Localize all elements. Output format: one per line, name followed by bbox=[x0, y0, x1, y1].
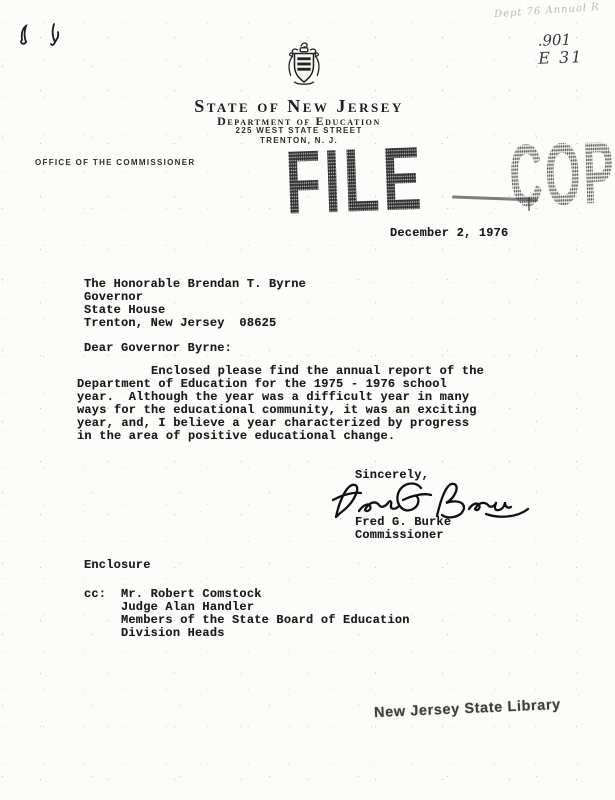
letter-body: Enclosed please find the annual report o… bbox=[77, 365, 484, 443]
enclosure-note: Enclosure bbox=[84, 559, 151, 572]
scanned-letter-page: Dept 76 Annual R .901 E 31 State of New … bbox=[0, 0, 615, 800]
file-copy-stamp-word1: FILE bbox=[284, 133, 426, 228]
call-number: .901 E 31 bbox=[537, 31, 583, 67]
pencil-note: Dept 76 Annual R bbox=[494, 1, 614, 20]
file-copy-stamp: FILE COPY bbox=[284, 123, 615, 228]
signer-title: Commissioner bbox=[355, 529, 444, 542]
call-number-line2: E 31 bbox=[538, 48, 584, 67]
ink-marks bbox=[14, 21, 69, 49]
library-stamp: New Jersey State Library bbox=[374, 697, 561, 721]
letter-date: December 2, 1976 bbox=[390, 227, 508, 240]
new-jersey-seal-icon bbox=[285, 40, 323, 88]
file-copy-stamp-word2: COPY bbox=[508, 127, 615, 220]
cc-list: cc: Mr. Robert Comstock Judge Alan Handl… bbox=[84, 588, 410, 640]
recipient-address: The Honorable Brendan T. Byrne Governor … bbox=[84, 278, 306, 330]
letterhead-office: OFFICE OF THE COMMISSIONER bbox=[35, 158, 195, 167]
salutation: Dear Governor Byrne: bbox=[84, 342, 232, 355]
